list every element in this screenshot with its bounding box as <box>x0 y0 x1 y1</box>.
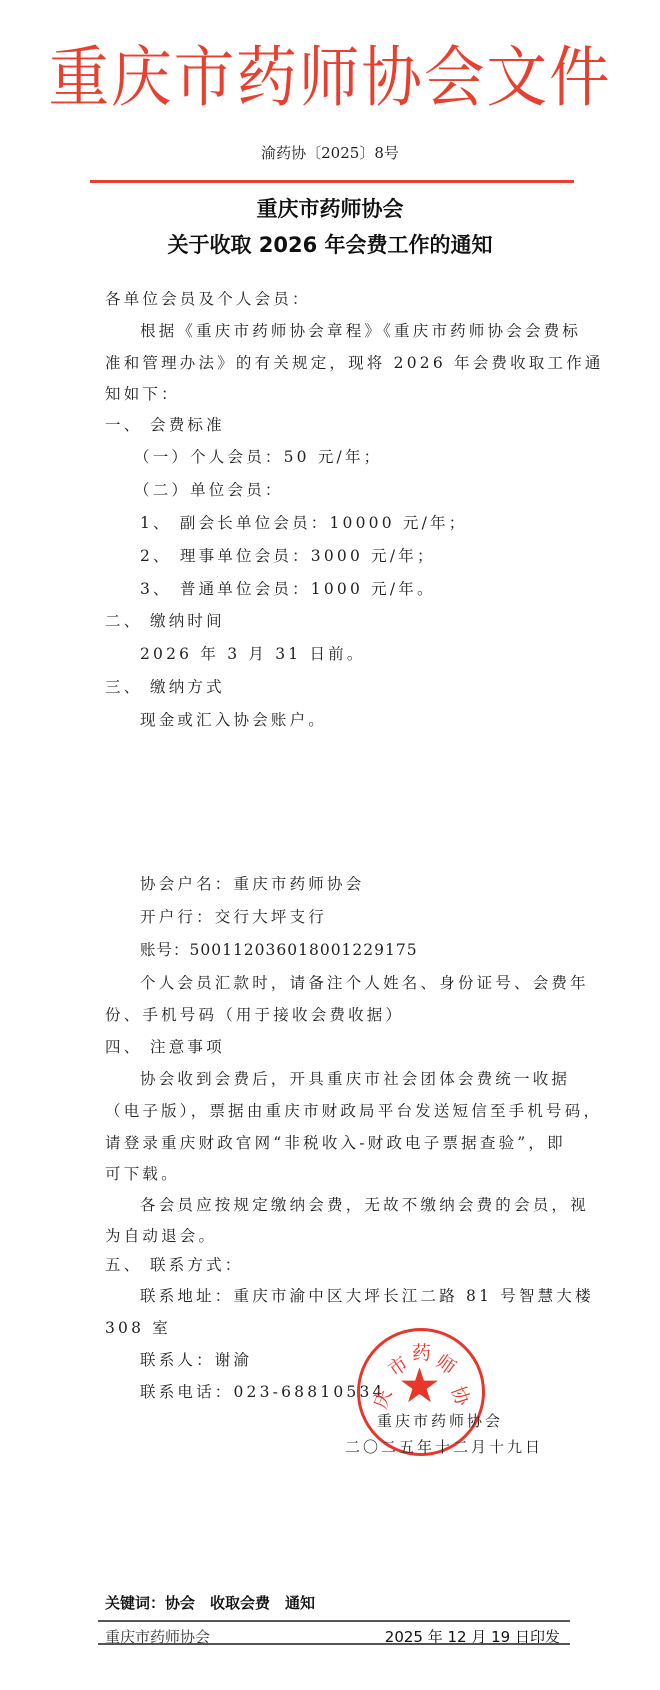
footer-divider-bottom <box>98 1643 570 1645</box>
notice-p1-line4: 可下载。 <box>105 1163 180 1185</box>
intro-line-2: 准和管理办法》的有关规定，现将 2026 年会费收取工作通 <box>105 352 604 374</box>
footer-keywords: 关键词：协会 收取会费 通知 <box>105 1592 315 1613</box>
section-1-heading: 一、会费标准 <box>105 414 225 436</box>
intro-line-1: 根据《重庆市药师协会章程》《重庆市药师协会会费标 <box>140 320 581 342</box>
notice-p2-line2: 为自动退会。 <box>105 1225 217 1247</box>
salutation: 各单位会员及个人会员： <box>105 288 311 310</box>
section-2-number: 二、 <box>105 610 150 632</box>
section-4-title: 注意事项 <box>150 1038 225 1056</box>
section-3-heading: 三、缴纳方式 <box>105 676 225 698</box>
contact-person: 联系人：谢渝 <box>140 1349 252 1371</box>
footer-divider-top <box>98 1620 570 1622</box>
section-1-title: 会费标准 <box>150 416 225 434</box>
account-name: 协会户名：重庆市药师协会 <box>140 873 364 895</box>
account-bank: 开户行：交行大坪支行 <box>140 906 327 928</box>
masthead-red-divider <box>90 180 574 183</box>
notice-title-line1: 重庆市药师协会 <box>0 193 660 223</box>
signature-date: 二〇二五年十二月十九日 <box>345 1436 543 1457</box>
payment-deadline: 2026 年 3 月 31 日前。 <box>140 643 366 665</box>
notice-p1-line3: 请登录重庆财政官网“非税收入-财政电子票据查验”，即 <box>105 1132 566 1154</box>
section-4-number: 四、 <box>105 1036 150 1058</box>
signature-organization: 重庆市药师协会 <box>377 1410 503 1431</box>
fee-item-unit: （二）单位会员： <box>134 479 284 501</box>
intro-line-3: 知如下： <box>105 383 180 405</box>
section-2-title: 缴纳时间 <box>150 612 225 630</box>
notice-p1-line1: 协会收到会费后，开具重庆市社会团体会费统一收据 <box>140 1068 570 1090</box>
section-2-heading: 二、缴纳时间 <box>105 610 225 632</box>
seal-char: 药 <box>412 1338 431 1365</box>
remittance-note-2: 份、手机号码（用于接收会费收据） <box>105 1004 404 1026</box>
contact-address-1: 联系地址：重庆市渝中区大坪长江二路 81 号智慧大楼 <box>140 1285 594 1307</box>
section-3-number: 三、 <box>105 676 150 698</box>
section-1-number: 一、 <box>105 414 150 436</box>
remittance-note-1: 个人会员汇款时，请备注个人姓名、身份证号、会费年 <box>140 972 589 994</box>
section-3-title: 缴纳方式 <box>150 678 225 696</box>
section-4-heading: 四、注意事项 <box>105 1036 225 1058</box>
contact-phone: 联系电话：023-68810534 <box>140 1381 386 1403</box>
payment-method: 现金或汇入协会账户。 <box>140 709 327 731</box>
fee-item-vice-president: 1、 副会长单位会员：10000 元/年； <box>140 512 467 534</box>
fee-item-individual: （一）个人会员：50 元/年； <box>134 446 382 468</box>
notice-p1-line2: （电子版），票据由重庆市财政局平台发送短信至手机号码， <box>105 1100 602 1122</box>
notice-p2-line1: 各会员应按规定缴纳会费，无故不缴纳会费的会员，视 <box>140 1194 589 1216</box>
fee-item-director: 2、 理事单位会员：3000 元/年； <box>140 545 436 567</box>
fee-item-regular: 3、 普通单位会员：1000 元/年。 <box>140 578 436 600</box>
document-number: 渝药协〔2025〕8号 <box>0 142 660 163</box>
masthead-title: 重庆市药师协会文件 <box>26 38 633 118</box>
contact-address-2: 308 室 <box>105 1317 171 1339</box>
section-5-number: 五、 <box>105 1254 150 1276</box>
notice-title-line2: 关于收取 2026 年会费工作的通知 <box>0 229 660 259</box>
account-number: 账号：500112036018001229175 <box>140 939 418 961</box>
section-5-title: 联系方式： <box>150 1256 244 1274</box>
section-5-heading: 五、联系方式： <box>105 1254 244 1276</box>
